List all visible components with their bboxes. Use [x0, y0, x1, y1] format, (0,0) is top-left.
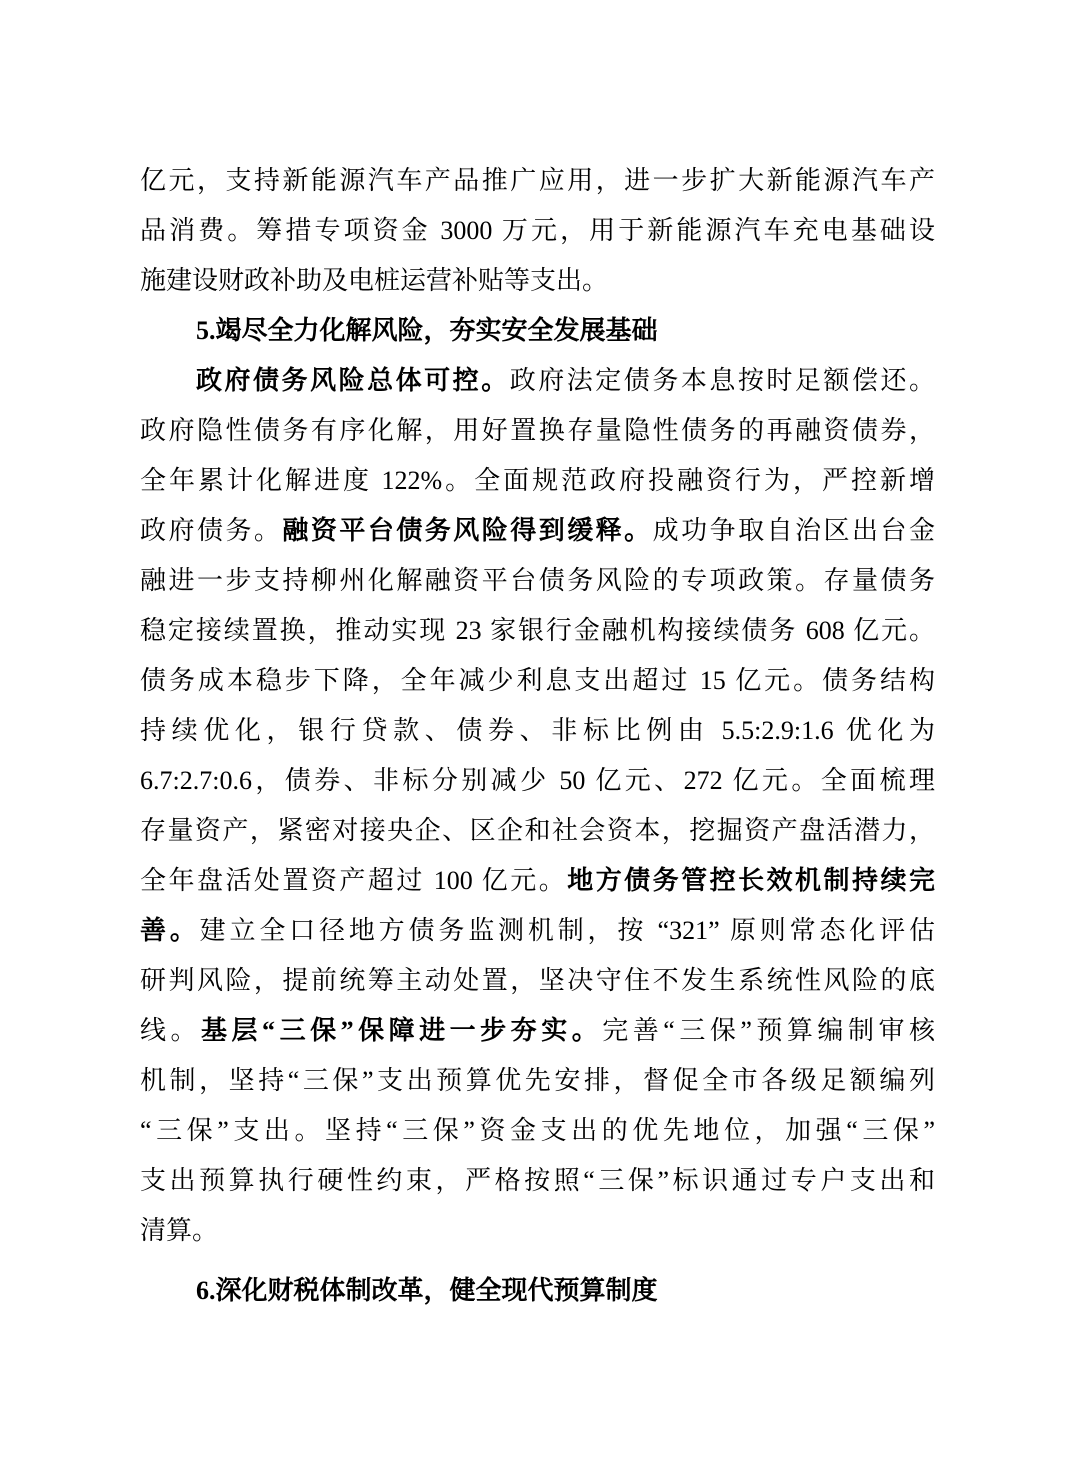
- body-text-line: 品消费。筹措专项资金 3000 万元，用于新能源汽车充电基础设: [140, 206, 935, 256]
- text-run: 6.7:2.7:0.6，债券、非标分别减少 50 亿元、272 亿元。全面梳理: [140, 766, 935, 795]
- body-text-line: 持续优化，银行贷款、债券、非标比例由 5.5:2.9:1.6 优化为: [140, 706, 935, 756]
- text-run: 政府隐性债务有序化解，用好置换存量隐性债务的再融资债券，: [140, 416, 935, 445]
- text-run: 机制，坚持“三保”支出预算优先安排，督促全市各级足额编列: [140, 1066, 935, 1095]
- document-page: 亿元，支持新能源汽车产品推广应用，进一步扩大新能源汽车产品消费。筹措专项资金 3…: [0, 0, 1074, 1484]
- bold-text-run: 融资平台债务风险得到缓释。: [282, 516, 652, 545]
- body-text-line: 全年盘活处置资产超过 100 亿元。地方债务管控长效机制持续完: [140, 856, 935, 906]
- text-run: 完善“三保”预算编制审核: [602, 1016, 935, 1045]
- text-run: 债务成本稳步下降，全年减少利息支出超过 15 亿元。债务结构: [140, 666, 935, 695]
- body-text-line: “三保”支出。坚持“三保”资金支出的优先地位，加强“三保”: [140, 1106, 935, 1156]
- text-run: 政府法定债务本息按时足额偿还。: [510, 366, 935, 395]
- text-run: 成功争取自治区出台金: [653, 516, 935, 545]
- body-text-line: 6.7:2.7:0.6，债券、非标分别减少 50 亿元、272 亿元。全面梳理: [140, 756, 935, 806]
- text-run: 政府债务。: [140, 516, 282, 545]
- text-run: 全年盘活处置资产超过 100 亿元。: [140, 866, 567, 895]
- body-text-line: 全年累计化解进度 122%。全面规范政府投融资行为，严控新增: [140, 456, 935, 506]
- body-text-line: 政府债务风险总体可控。政府法定债务本息按时足额偿还。: [140, 356, 935, 406]
- bold-text-run: 5.竭尽全力化解风险，夯实安全发展基础: [196, 316, 658, 345]
- text-run: 稳定接续置换，推动实现 23 家银行金融机构接续债务 608 亿元。: [140, 616, 935, 645]
- text-run: 品消费。筹措专项资金 3000 万元，用于新能源汽车充电基础设: [140, 216, 935, 245]
- text-run: 全年累计化解进度 122%。全面规范政府投融资行为，严控新增: [140, 466, 935, 495]
- body-text-line: 线。基层“三保”保障进一步夯实。完善“三保”预算编制审核: [140, 1006, 935, 1056]
- bold-text-run: 善。: [140, 916, 200, 945]
- body-text-line: 稳定接续置换，推动实现 23 家银行金融机构接续债务 608 亿元。: [140, 606, 935, 656]
- text-run: 支出预算执行硬性约束，严格按照“三保”标识通过专户支出和: [140, 1166, 935, 1195]
- text-run: 建立全口径地方债务监测机制，按 “321” 原则常态化评估: [200, 916, 935, 945]
- text-run: “三保”支出。坚持“三保”资金支出的优先地位，加强“三保”: [140, 1116, 935, 1145]
- section-heading-6: 6.深化财税体制改革，健全现代预算制度: [140, 1266, 935, 1316]
- body-text-line: 机制，坚持“三保”支出预算优先安排，督促全市各级足额编列: [140, 1056, 935, 1106]
- text-run: 存量资产，紧密对接央企、区企和社会资本，挖掘资产盘活潜力，: [140, 816, 935, 845]
- text-run: 融进一步支持柳州化解融资平台债务风险的专项政策。存量债务: [140, 566, 935, 595]
- text-run: 亿元，支持新能源汽车产品推广应用，进一步扩大新能源汽车产: [140, 166, 935, 195]
- bold-text-run: 基层“三保”保障进一步夯实。: [201, 1016, 602, 1045]
- body-text-line: 政府隐性债务有序化解，用好置换存量隐性债务的再融资债券，: [140, 406, 935, 456]
- body-text-line: 亿元，支持新能源汽车产品推广应用，进一步扩大新能源汽车产: [140, 156, 935, 206]
- body-text-line: 政府债务。融资平台债务风险得到缓释。成功争取自治区出台金: [140, 506, 935, 556]
- text-run: 持续优化，银行贷款、债券、非标比例由 5.5:2.9:1.6 优化为: [140, 716, 935, 745]
- document-text-block: 亿元，支持新能源汽车产品推广应用，进一步扩大新能源汽车产品消费。筹措专项资金 3…: [140, 156, 935, 1316]
- text-run: 施建设财政补助及电桩运营补贴等支出。: [140, 266, 608, 295]
- bold-text-run: 地方债务管控长效机制持续完: [567, 866, 935, 895]
- text-run: 清算。: [140, 1216, 218, 1245]
- body-text-line: 支出预算执行硬性约束，严格按照“三保”标识通过专户支出和: [140, 1156, 935, 1206]
- section-heading-5: 5.竭尽全力化解风险，夯实安全发展基础: [140, 306, 935, 356]
- body-text-line: 清算。: [140, 1206, 935, 1256]
- body-text-line: 融进一步支持柳州化解融资平台债务风险的专项政策。存量债务: [140, 556, 935, 606]
- body-text-line: 存量资产，紧密对接央企、区企和社会资本，挖掘资产盘活潜力，: [140, 806, 935, 856]
- bold-text-run: 6.深化财税体制改革，健全现代预算制度: [196, 1276, 658, 1305]
- text-run: 研判风险，提前统筹主动处置，坚决守住不发生系统性风险的底: [140, 966, 935, 995]
- body-text-line: 研判风险，提前统筹主动处置，坚决守住不发生系统性风险的底: [140, 956, 935, 1006]
- body-text-line: 债务成本稳步下降，全年减少利息支出超过 15 亿元。债务结构: [140, 656, 935, 706]
- bold-text-run: 政府债务风险总体可控。: [196, 366, 510, 395]
- body-text-line: 善。建立全口径地方债务监测机制，按 “321” 原则常态化评估: [140, 906, 935, 956]
- body-text-line: 施建设财政补助及电桩运营补贴等支出。: [140, 256, 935, 306]
- text-run: 线。: [140, 1016, 201, 1045]
